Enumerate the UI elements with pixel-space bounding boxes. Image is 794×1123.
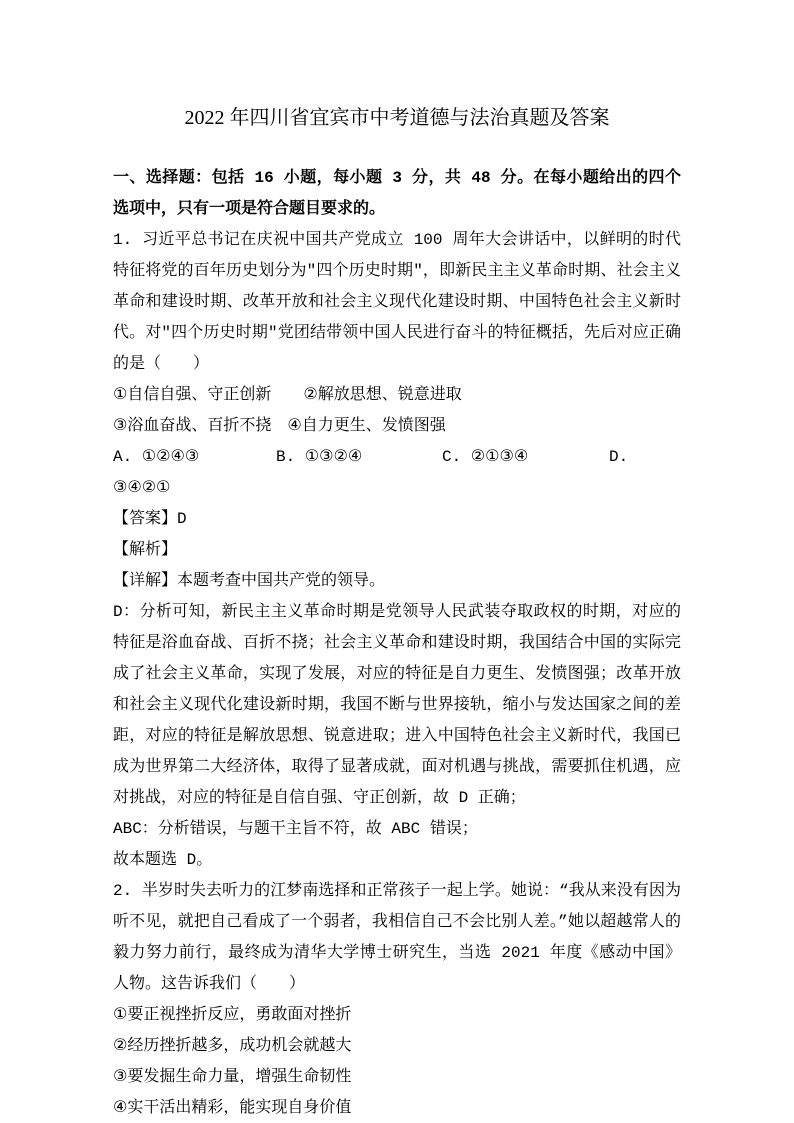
document-title: 2022 年四川省宜宾市中考道德与法治真题及答案: [113, 96, 681, 141]
question-2-item-3: ③要发掘生命力量，增强生命韧性: [113, 1062, 681, 1093]
question-1-options-row: A. ①②④③ B. ①③②④ C. ②①③④ D.: [113, 442, 681, 473]
question-2: 2. 半岁时失去听力的江梦南选择和正常孩子一起上学。她说：“我从来没有因为听不见…: [113, 876, 681, 1123]
question-1-option-d-label: D.: [609, 442, 681, 473]
question-1-item-line-1: ①自信自强、守正创新 ②解放思想、锐意进取: [113, 380, 681, 411]
question-2-stem: 2. 半岁时失去听力的江梦南选择和正常孩子一起上学。她说：“我从来没有因为听不见…: [113, 876, 681, 1000]
question-1-detail-topic: 【详解】本题考查中国共产党的领导。: [113, 566, 681, 597]
section-1-header: 一、选择题：包括 16 小题，每小题 3 分，共 48 分。在每小题给出的四个选…: [113, 163, 681, 225]
question-1-option-d-wrapped-value: ③④②①: [113, 473, 681, 504]
question-1-option-b: B. ①③②④: [276, 442, 442, 473]
exam-document-page: 2022 年四川省宜宾市中考道德与法治真题及答案 一、选择题：包括 16 小题，…: [113, 96, 681, 1123]
question-1-stem: 1. 习近平总书记在庆祝中国共产党成立 100 周年大会讲话中，以鲜明的时代特征…: [113, 225, 681, 380]
question-2-item-4: ④实干活出精彩，能实现自身价值: [113, 1093, 681, 1123]
question-1-option-a: A. ①②④③: [113, 442, 276, 473]
question-1-answer-line: 【答案】D: [113, 504, 681, 535]
question-2-item-1: ①要正视挫折反应，勇敢面对挫折: [113, 1000, 681, 1031]
question-1-option-c: C. ②①③④: [442, 442, 609, 473]
question-1-conclusion: 故本题选 D。: [113, 845, 681, 876]
question-1-explanation-abc: ABC：分析错误，与题干主旨不符，故 ABC 错误；: [113, 814, 681, 845]
question-1-analysis-label: 【解析】: [113, 535, 681, 566]
question-2-item-2: ②经历挫折越多，成功机会就越大: [113, 1031, 681, 1062]
question-1-item-line-2: ③浴血奋战、百折不挠 ④自力更生、发愤图强: [113, 411, 681, 442]
question-1-explanation-d: D：分析可知，新民主主义革命时期是党领导人民武装夺取政权的时期，对应的特征是浴血…: [113, 597, 681, 814]
question-1: 1. 习近平总书记在庆祝中国共产党成立 100 周年大会讲话中，以鲜明的时代特征…: [113, 225, 681, 876]
